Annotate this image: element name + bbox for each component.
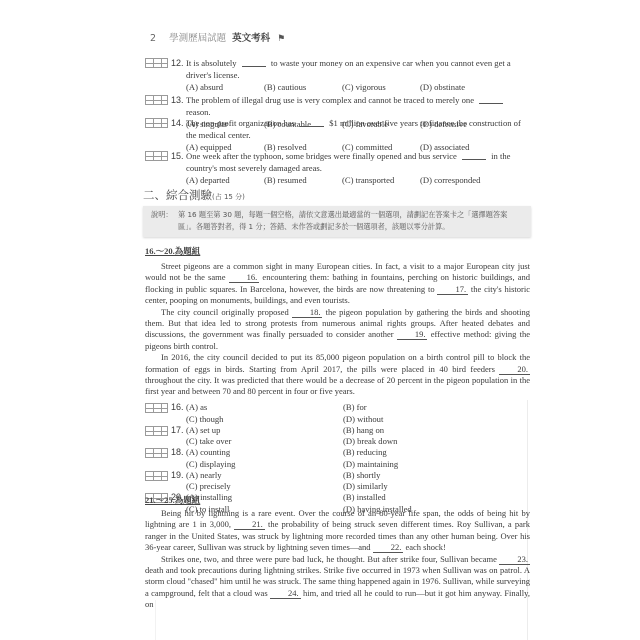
passage-blank: 19. [397,330,428,340]
cloze-question: 17.(A) set up(B) hang on(C) take over(D)… [145,425,530,448]
options-row: (C) precisely(D) similarly [186,481,530,493]
question-text: The non-profit organization has $1 milli… [186,117,530,141]
option[interactable]: (C) though [186,414,343,426]
exam-page: 2 學測歷屆試題 英文考科 ⚑ 12.It is absolutely to w… [0,0,640,640]
answer-box[interactable] [145,118,168,128]
option[interactable]: (D) obstinate [420,81,498,93]
section-points: (占 15 分) [212,193,245,201]
paragraph: The city council originally proposed 18.… [145,307,530,353]
cloze-question: 19.(A) nearly(B) shortly(C) precisely(D)… [145,470,530,493]
answer-box[interactable] [145,58,168,68]
paragraph: Strikes one, two, and three were pure ba… [145,554,530,611]
group-title-21-25: 21.～25.為題組 [145,494,200,506]
question-number: 18. [171,447,184,459]
options-row: (C) take over(D) break down [186,436,530,448]
answer-blank [462,150,486,160]
instructions-box: 說明： 第 16 題至第 30 題，每題一個空格，請依文意選出最適當的一個選項，… [143,206,531,237]
options-row: (C) though(D) without [186,414,530,426]
answer-box[interactable] [145,151,168,161]
question-text: The problem of illegal drug use is very … [186,94,530,118]
question-text: It is absolutely to waste your money on … [186,57,530,81]
options-row: (A) set up(B) hang on [186,425,530,437]
option[interactable]: (B) shortly [343,470,493,482]
option[interactable]: (A) departed [186,174,264,186]
option[interactable]: (C) take over [186,436,343,448]
option[interactable]: (B) resumed [264,174,342,186]
option[interactable]: (A) counting [186,447,343,459]
option[interactable]: (A) absurd [186,81,264,93]
paragraph: Being hit by lightning is a rare event. … [145,508,530,554]
passage-16-20: Street pigeons are a common sight in man… [145,261,530,398]
answer-box[interactable] [145,426,168,436]
option[interactable]: (A) set up [186,425,343,437]
options-row: (C) displaying(D) maintaining [186,459,530,471]
question-text: One week after the typhoon, some bridges… [186,150,530,174]
answer-blank [479,94,503,104]
passage-21-25: Being hit by lightning is a rare event. … [145,508,530,611]
section-title: 二、綜合測驗(占 15 分) [143,187,245,203]
option[interactable]: (D) break down [343,436,493,448]
passage-blank: 23. [499,555,530,565]
instructions-text: 第 16 題至第 30 題，每題一個空格，請依文意選出最適當的一個選項，請劃記在… [178,209,525,233]
question-number: 12. [171,57,184,69]
group-title-16-20: 16.～20.為題組 [145,245,200,257]
options-row: (A) nearly(B) shortly [186,470,530,482]
vocab-question: 15.One week after the typhoon, some brid… [145,150,530,186]
options-row: (A) departed(B) resumed(C) transported(D… [186,174,530,186]
passage-blank: 21. [234,520,265,530]
page-number: 2 [150,33,156,44]
vocab-question: 14.The non-profit organization has $1 mi… [145,117,530,153]
vocab-question: 12.It is absolutely to waste your money … [145,57,530,93]
passage-blank: 17. [437,285,468,295]
question-number: 17. [171,425,184,437]
options-row: (A) installing(B) installed [186,492,530,504]
passage-blank: 20. [499,365,530,375]
question-number: 15. [171,150,184,162]
bookmark-icon: ⚑ [277,34,285,44]
question-number: 13. [171,94,184,106]
passage-blank: 24. [270,589,301,599]
option[interactable]: (C) precisely [186,481,343,493]
page-header: 2 學測歷屆試題 英文考科 ⚑ [150,30,285,44]
option[interactable]: (A) installing [186,492,343,504]
paragraph: In 2016, the city council decided to put… [145,352,530,398]
options-row: (A) as(B) for [186,402,530,414]
option[interactable]: (A) as [186,402,343,414]
question-number: 16. [171,402,184,414]
answer-box[interactable] [145,448,168,458]
section-title-text: 二、綜合測驗 [143,188,212,202]
answer-blank [300,117,324,127]
cloze-question: 16.(A) as(B) for(C) though(D) without [145,402,530,425]
passage-blank: 16. [229,273,260,283]
passage-blank: 18. [292,308,323,318]
answer-blank [242,57,266,67]
option[interactable]: (B) cautious [264,81,342,93]
option[interactable]: (B) for [343,402,493,414]
options-row: (A) absurd(B) cautious(C) vigorous(D) ob… [186,81,530,93]
option[interactable]: (A) nearly [186,470,343,482]
paragraph: Street pigeons are a common sight in man… [145,261,530,307]
option[interactable]: (B) reducing [343,447,493,459]
answer-box[interactable] [145,403,168,413]
question-number: 19. [171,470,184,482]
book-title: 學測歷屆試題 [169,33,226,44]
option[interactable]: (C) displaying [186,459,343,471]
answer-box[interactable] [145,95,168,105]
option[interactable]: (D) without [343,414,493,426]
option[interactable]: (B) installed [343,492,493,504]
passage-blank: 22. [373,543,404,553]
subject-title: 英文考科 [232,33,270,44]
option[interactable]: (D) similarly [343,481,493,493]
question-number: 14. [171,117,184,129]
option[interactable]: (C) transported [342,174,420,186]
answer-box[interactable] [145,471,168,481]
option[interactable]: (C) vigorous [342,81,420,93]
options-row: (A) counting(B) reducing [186,447,530,459]
option[interactable]: (D) maintaining [343,459,493,471]
option[interactable]: (D) corresponded [420,174,498,186]
cloze-question: 18.(A) counting(B) reducing(C) displayin… [145,447,530,470]
instructions-label: 說明： [151,209,178,221]
option[interactable]: (B) hang on [343,425,493,437]
